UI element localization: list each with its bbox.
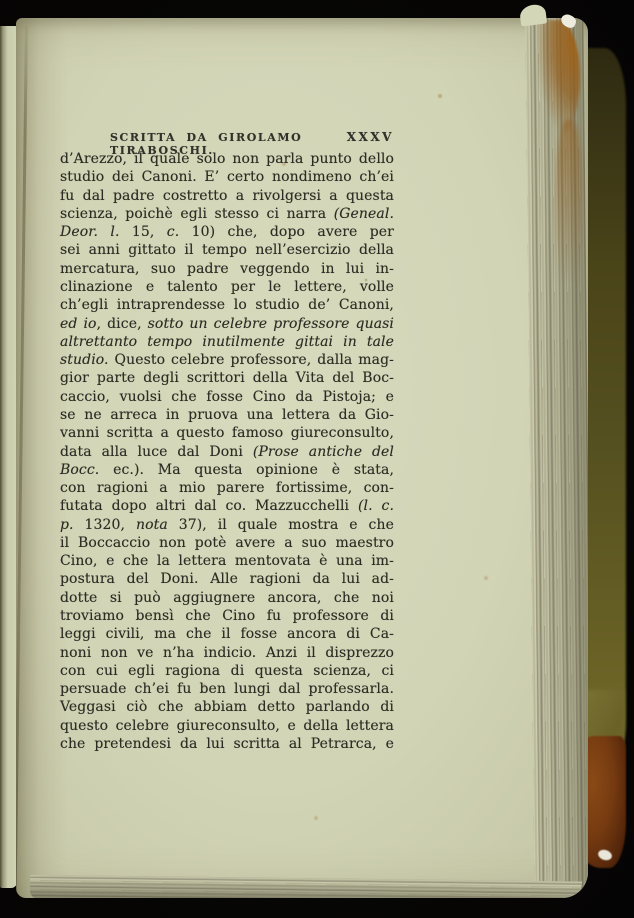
text-line: Cino, e che la lettera mentovata è una i… [60, 552, 394, 570]
text-line: futata dopo altri dal co. Mazzucchelli (… [60, 497, 394, 515]
roman-text: Veggasi ciò che abbiam detto parlando di [60, 699, 394, 715]
roman-text: persuade ch’ei fu ben lungi dal professa… [60, 681, 394, 697]
text-line: studio. Questo celebre professore, dalla… [60, 351, 394, 369]
burn-mark-fade [556, 120, 582, 300]
roman-text: ec.). Ma questa opinione è stata, [99, 462, 394, 478]
roman-text: vanni scritta a questo famoso giureconsu… [60, 425, 394, 441]
text-line: altrettanto tempo inutilmente gittai in … [60, 333, 394, 351]
roman-text: sei anni gittato il tempo nell’esercizio… [60, 242, 394, 258]
roman-text: il Boccaccio non potè avere a suo maestr… [60, 535, 394, 551]
text-line: che pretendesi da lui scritta al Petrarc… [60, 735, 394, 753]
roman-text: con ragioni a mio parere fortissime, con… [60, 480, 394, 496]
roman-text: se ne arreca in pruova una lettera da Gi… [60, 407, 394, 423]
text-line: Veggasi ciò che abbiam detto parlando di [60, 698, 394, 716]
roman-text: scienza, poichè egli stesso ci narra [60, 206, 334, 222]
running-header: SCRITTA DA GIROLAMO TIRABOSCHI. XXXV [60, 130, 394, 148]
roman-text: fu dal padre costretto a rivolgersi a qu… [60, 188, 394, 204]
roman-text: con cui egli ragiona di questa scienza, … [60, 663, 394, 679]
roman-text: caccio, vuolsi che fosse Cino da Pistoja… [60, 389, 394, 405]
roman-text: noni non ve n’ha indicio. Anzi il dispre… [60, 645, 394, 661]
roman-text: 1320, [74, 517, 136, 533]
roman-text: Questo celebre professore, dalla mag- [109, 352, 394, 368]
text-line: Deor. l. 15, c. 10) che, dopo avere per [60, 223, 394, 241]
gutter-crease [16, 26, 28, 894]
text-line: scienza, poichè egli stesso ci narra (Ge… [60, 205, 394, 223]
text-line: mercatura, suo padre veggendo in lui in- [60, 260, 394, 278]
roman-text: 15, [120, 224, 167, 240]
roman-text: Cino, e che la lettera mentovata è una i… [60, 553, 394, 569]
roman-text: leggi civili, ma che il fosse ancora di … [60, 626, 394, 642]
text-line: questo celebre giureconsulto, e della le… [60, 717, 394, 735]
roman-text: d’Arezzo, il quale solo non parla punto … [60, 151, 394, 167]
page-number: XXXV [347, 130, 394, 144]
bottom-page-stack [30, 875, 582, 898]
roman-text: gior parte degli scrittori della Vita de… [60, 370, 394, 386]
text-line: vanni scritta a questo famoso giureconsu… [60, 424, 394, 442]
text-line: leggi civili, ma che il fosse ancora di … [60, 625, 394, 643]
roman-text: troviamo bensì che Cino fu professore di [60, 608, 394, 624]
text-line: postura del Doni. Alle ragioni da lui ad… [60, 570, 394, 588]
roman-text: dotte si può aggiugnere ancora, che noi [60, 590, 394, 606]
italic-text: (Prose antiche del [253, 444, 394, 460]
text-line: con cui egli ragiona di questa scienza, … [60, 662, 394, 680]
text-line: p. 1320, nota 37), il quale mostra e che [60, 516, 394, 534]
text-column: SCRITTA DA GIROLAMO TIRABOSCHI. XXXV d’A… [60, 130, 394, 753]
roman-text: questo celebre giureconsulto, e della le… [60, 718, 394, 734]
text-line: se ne arreca in pruova una lettera da Gi… [60, 406, 394, 424]
italic-text: nota [136, 517, 168, 533]
roman-text: che pretendesi da lui scritta al Petrarc… [60, 736, 394, 752]
roman-text: 10) che, dopo avere per [179, 224, 394, 240]
text-line: con ragioni a mio parere fortissime, con… [60, 479, 394, 497]
italic-text: Bocc. [60, 462, 99, 478]
roman-text: 37), il quale mostra e che [168, 517, 394, 533]
text-line: dotte si può aggiugnere ancora, che noi [60, 589, 394, 607]
roman-text: clinazione e talento per le lettere, vol… [60, 279, 394, 295]
text-line: troviamo bensì che Cino fu professore di [60, 607, 394, 625]
italic-text: (Geneal. [334, 206, 394, 222]
text-line: sei anni gittato il tempo nell’esercizio… [60, 241, 394, 259]
text-line: caccio, vuolsi che fosse Cino da Pistoja… [60, 388, 394, 406]
text-line: clinazione e talento per le lettere, vol… [60, 278, 394, 296]
roman-text: data alla luce dal Doni [60, 444, 253, 460]
text-line: studio dei Canoni. E’ certo nondimeno ch… [60, 168, 394, 186]
italic-text: ed io [60, 316, 97, 332]
italic-text: sotto un celebre professore quasi [148, 316, 394, 332]
italic-text: altrettanto tempo inutilmente gittai in … [60, 334, 394, 350]
text-line: gior parte degli scrittori della Vita de… [60, 369, 394, 387]
text-line: Bocc. ec.). Ma questa opinione è stata, [60, 461, 394, 479]
roman-text: mercatura, suo padre veggendo in lui in- [60, 261, 394, 277]
roman-text: ch’egli intraprendesse lo studio de’ Can… [60, 297, 394, 313]
italic-text: Deor. l. [60, 224, 120, 240]
text-line: il Boccaccio non potè avere a suo maestr… [60, 534, 394, 552]
italic-text: p. [60, 517, 74, 533]
body-text: d’Arezzo, il quale solo non parla punto … [60, 150, 394, 753]
text-line: d’Arezzo, il quale solo non parla punto … [60, 150, 394, 168]
text-line: fu dal padre costretto a rivolgersi a qu… [60, 187, 394, 205]
roman-text: futata dopo altri dal co. Mazzucchelli [60, 498, 358, 514]
italic-text: (l. c. [358, 498, 394, 514]
burn-mark [538, 20, 580, 136]
roman-text: postura del Doni. Alle ragioni da lui ad… [60, 571, 394, 587]
text-line: ed io, dice, sotto un celebre professore… [60, 315, 394, 333]
left-page-edge [0, 26, 17, 888]
roman-text: , dice, [97, 316, 148, 332]
text-line: noni non ve n’ha indicio. Anzi il dispre… [60, 644, 394, 662]
book-photo: SCRITTA DA GIROLAMO TIRABOSCHI. XXXV d’A… [0, 0, 634, 918]
page-corner-bump [519, 3, 547, 26]
text-line: ch’egli intraprendesse lo studio de’ Can… [60, 296, 394, 314]
book-page: SCRITTA DA GIROLAMO TIRABOSCHI. XXXV d’A… [16, 18, 588, 898]
italic-text: studio. [60, 352, 109, 368]
text-line: data alla luce dal Doni (Prose antiche d… [60, 443, 394, 461]
italic-text: c. [167, 224, 180, 240]
text-line: persuade ch’ei fu ben lungi dal professa… [60, 680, 394, 698]
roman-text: studio dei Canoni. E’ certo nondimeno ch… [60, 169, 394, 185]
